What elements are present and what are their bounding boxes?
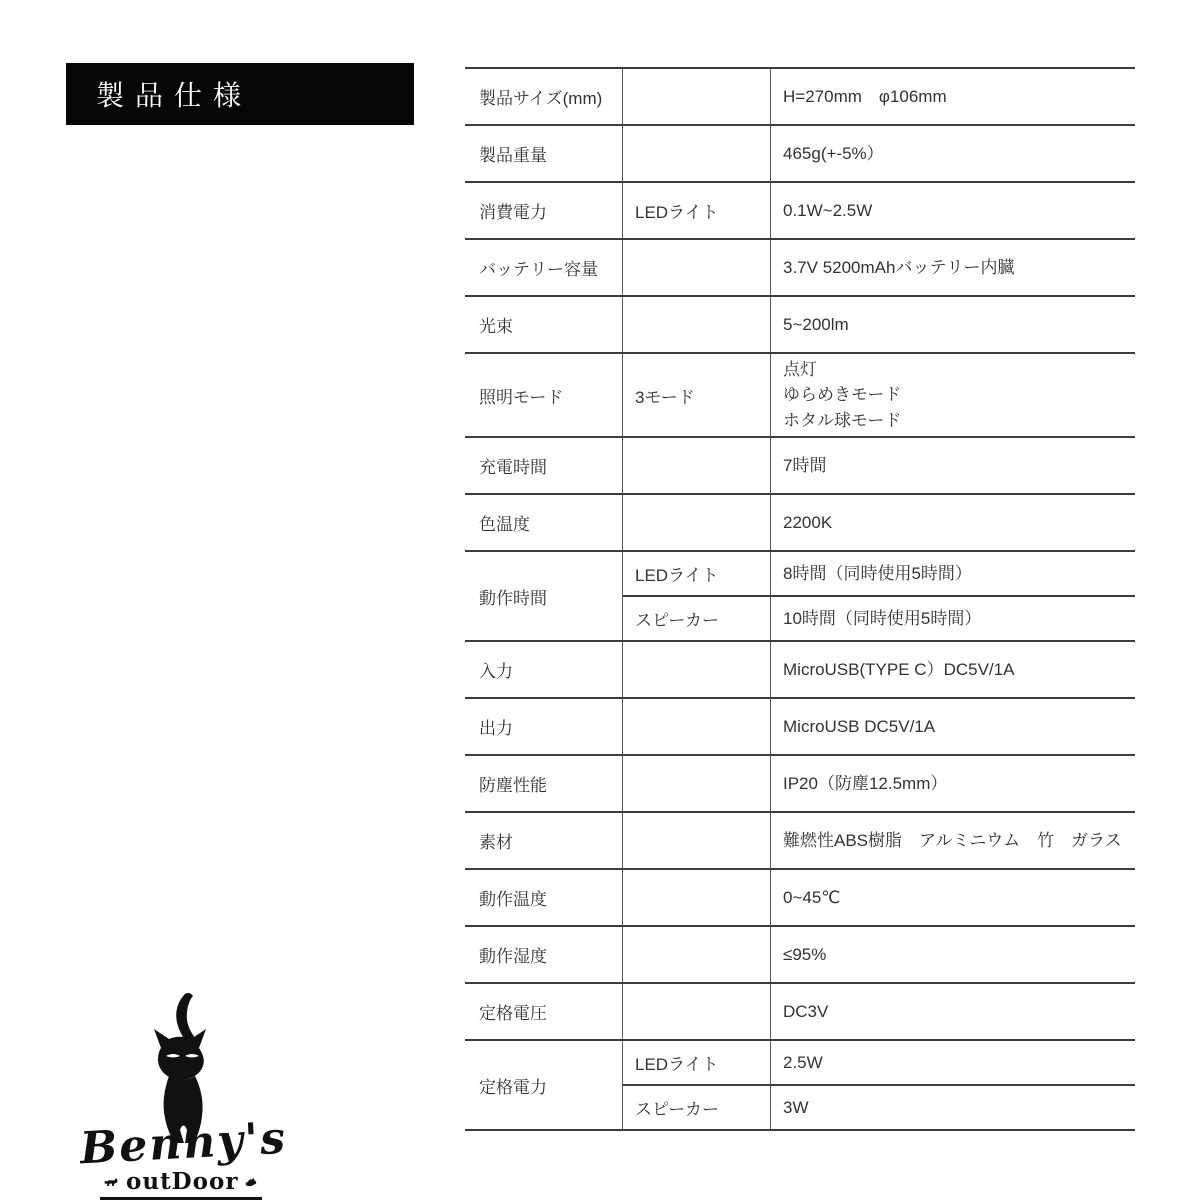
spec-table: 製品サイズ(mm)H=270mm φ106mm製品重量465g(+-5%）消費電… xyxy=(465,67,1135,1131)
spec-value: 5~200lm xyxy=(771,297,1135,352)
spec-sublabel-text: LEDライト xyxy=(635,1050,719,1075)
page-background: 製品仕様 製品サイズ(mm)H=270mm φ106mm製品重量465g(+-5… xyxy=(0,0,1200,1200)
spec-row: 防塵性能IP20（防塵12.5mm） xyxy=(465,754,1135,811)
spec-value: 3W xyxy=(771,1086,1135,1129)
spec-label-text: 消費電力 xyxy=(479,198,547,223)
spec-value: 0.1W~2.5W xyxy=(771,183,1135,238)
spec-sublabel xyxy=(623,495,771,550)
spec-value: 難燃性ABS樹脂 アルミニウム 竹 ガラス xyxy=(771,813,1135,868)
spec-sublabel xyxy=(623,927,771,982)
spec-label: 充電時間 xyxy=(465,438,623,493)
spec-row: 動作時間LEDライト8時間（同時使用5時間）スピーカー10時間（同時使用5時間） xyxy=(465,550,1135,640)
spec-value: IP20（防塵12.5mm） xyxy=(771,756,1135,811)
brand-logo: Benny's outDoor xyxy=(78,992,328,1200)
spec-subrows: LEDライト2.5Wスピーカー3W xyxy=(623,1041,1135,1129)
spec-label: 動作温度 xyxy=(465,870,623,925)
spec-row: 定格電圧DC3V xyxy=(465,982,1135,1039)
spec-row: 入力MicroUSB(TYPE C）DC5V/1A xyxy=(465,640,1135,697)
spec-value: ≤95% xyxy=(771,927,1135,982)
spec-value-text: 2.5W xyxy=(783,1050,823,1076)
spec-label: 防塵性能 xyxy=(465,756,623,811)
spec-label: 入力 xyxy=(465,642,623,697)
spec-sublabel: LEDライト xyxy=(623,1041,771,1084)
spec-subrow: LEDライト8時間（同時使用5時間） xyxy=(623,552,1135,597)
spec-sublabel xyxy=(623,756,771,811)
spec-row: 照明モード3モード点灯 ゆらめきモード ホタル球モード xyxy=(465,352,1135,436)
spec-value-text: IP20（防塵12.5mm） xyxy=(783,771,947,797)
spec-label: 動作時間 xyxy=(465,552,623,640)
spec-label-text: 照明モード xyxy=(479,383,563,408)
small-bird-icon xyxy=(244,1177,258,1187)
spec-sublabel-text: LEDライト xyxy=(635,561,719,586)
spec-label-text: 充電時間 xyxy=(479,453,547,478)
spec-value-text: 0.1W~2.5W xyxy=(783,198,872,224)
section-title-banner: 製品仕様 xyxy=(66,63,414,125)
spec-subrow: LEDライト2.5W xyxy=(623,1041,1135,1086)
spec-label: 動作湿度 xyxy=(465,927,623,982)
spec-label: 光束 xyxy=(465,297,623,352)
spec-value-text: ≤95% xyxy=(783,942,826,968)
spec-value-text: 465g(+-5%） xyxy=(783,141,884,167)
spec-sublabel xyxy=(623,813,771,868)
spec-label: 出力 xyxy=(465,699,623,754)
spec-value: 7時間 xyxy=(771,438,1135,493)
spec-subrow: スピーカー10時間（同時使用5時間） xyxy=(623,597,1135,640)
spec-label-text: バッテリー容量 xyxy=(479,255,598,280)
spec-value-text: 点灯 ゆらめきモード ホタル球モード xyxy=(783,357,901,434)
small-cat-icon xyxy=(104,1177,120,1187)
spec-label-text: 製品重量 xyxy=(479,141,547,166)
spec-value-text: 10時間（同時使用5時間） xyxy=(783,606,981,632)
brand-subname: outDoor xyxy=(126,1168,238,1195)
spec-row: 光束5~200lm xyxy=(465,295,1135,352)
spec-label-text: 動作湿度 xyxy=(479,942,547,967)
spec-sublabel xyxy=(623,984,771,1039)
spec-label: 消費電力 xyxy=(465,183,623,238)
spec-value: 2200K xyxy=(771,495,1135,550)
spec-row: 消費電力LEDライト0.1W~2.5W xyxy=(465,181,1135,238)
spec-sublabel-text: 3モード xyxy=(635,383,695,408)
spec-label-text: 定格電力 xyxy=(479,1073,547,1098)
spec-label: バッテリー容量 xyxy=(465,240,623,295)
spec-row: 色温度2200K xyxy=(465,493,1135,550)
spec-label: 照明モード xyxy=(465,354,623,436)
spec-row: 製品重量465g(+-5%） xyxy=(465,124,1135,181)
spec-sublabel xyxy=(623,642,771,697)
spec-sublabel xyxy=(623,297,771,352)
spec-sublabel xyxy=(623,69,771,124)
spec-sublabel-text: スピーカー xyxy=(635,606,719,631)
spec-label: 製品サイズ(mm) xyxy=(465,69,623,124)
spec-value-text: DC3V xyxy=(783,999,828,1025)
spec-label-text: 定格電圧 xyxy=(479,999,547,1024)
spec-value: DC3V xyxy=(771,984,1135,1039)
spec-subrow: スピーカー3W xyxy=(623,1086,1135,1129)
brand-subname-row: outDoor xyxy=(100,1168,262,1200)
spec-row: 動作温度0~45℃ xyxy=(465,868,1135,925)
section-title: 製品仕様 xyxy=(96,74,252,114)
spec-sublabel xyxy=(623,438,771,493)
spec-label-text: 防塵性能 xyxy=(479,771,547,796)
spec-sublabel xyxy=(623,126,771,181)
spec-value: H=270mm φ106mm xyxy=(771,69,1135,124)
spec-value-text: MicroUSB(TYPE C）DC5V/1A xyxy=(783,657,1014,683)
spec-value-text: 0~45℃ xyxy=(783,885,840,911)
spec-sublabel-text: スピーカー xyxy=(635,1095,719,1120)
spec-sublabel: スピーカー xyxy=(623,597,771,640)
spec-label-text: 色温度 xyxy=(479,510,530,535)
spec-row: 素材難燃性ABS樹脂 アルミニウム 竹 ガラス xyxy=(465,811,1135,868)
spec-row: 動作湿度≤95% xyxy=(465,925,1135,982)
spec-label: 製品重量 xyxy=(465,126,623,181)
spec-row: 出力MicroUSB DC5V/1A xyxy=(465,697,1135,754)
spec-label-text: 入力 xyxy=(479,657,513,682)
spec-value: MicroUSB(TYPE C）DC5V/1A xyxy=(771,642,1135,697)
spec-value: 点灯 ゆらめきモード ホタル球モード xyxy=(771,354,1135,436)
spec-label-text: 出力 xyxy=(479,714,513,739)
spec-sublabel: LEDライト xyxy=(623,183,771,238)
spec-value-text: H=270mm φ106mm xyxy=(783,84,947,110)
spec-label-text: 動作温度 xyxy=(479,885,547,910)
spec-value: 8時間（同時使用5時間） xyxy=(771,552,1135,595)
spec-row: 充電時間7時間 xyxy=(465,436,1135,493)
spec-label-text: 光束 xyxy=(479,312,513,337)
spec-value-text: 5~200lm xyxy=(783,312,849,338)
spec-value-text: 2200K xyxy=(783,510,832,536)
spec-sublabel xyxy=(623,699,771,754)
spec-value-text: 3.7V 5200mAhバッテリー内臓 xyxy=(783,255,1014,281)
spec-value-text: 7時間 xyxy=(783,453,826,479)
spec-sublabel: スピーカー xyxy=(623,1086,771,1129)
spec-value: 465g(+-5%） xyxy=(771,126,1135,181)
spec-label: 色温度 xyxy=(465,495,623,550)
spec-value: 10時間（同時使用5時間） xyxy=(771,597,1135,640)
spec-label-text: 製品サイズ(mm) xyxy=(479,84,602,109)
spec-subrows: LEDライト8時間（同時使用5時間）スピーカー10時間（同時使用5時間） xyxy=(623,552,1135,640)
spec-sublabel xyxy=(623,240,771,295)
spec-label-text: 動作時間 xyxy=(479,584,547,609)
spec-value: MicroUSB DC5V/1A xyxy=(771,699,1135,754)
spec-sublabel: LEDライト xyxy=(623,552,771,595)
brand-name: Benny's xyxy=(79,1113,288,1175)
spec-value-text: 8時間（同時使用5時間） xyxy=(783,561,972,587)
spec-value: 3.7V 5200mAhバッテリー内臓 xyxy=(771,240,1135,295)
spec-sublabel xyxy=(623,870,771,925)
spec-label: 定格電力 xyxy=(465,1041,623,1129)
spec-sublabel: 3モード xyxy=(623,354,771,436)
spec-value-text: MicroUSB DC5V/1A xyxy=(783,714,935,740)
spec-value-text: 3W xyxy=(783,1095,809,1121)
spec-value-text: 難燃性ABS樹脂 アルミニウム 竹 ガラス xyxy=(783,828,1122,854)
spec-value: 0~45℃ xyxy=(771,870,1135,925)
spec-sublabel-text: LEDライト xyxy=(635,198,719,223)
spec-value: 2.5W xyxy=(771,1041,1135,1084)
spec-row: 定格電力LEDライト2.5Wスピーカー3W xyxy=(465,1039,1135,1129)
spec-label: 定格電圧 xyxy=(465,984,623,1039)
spec-row: 製品サイズ(mm)H=270mm φ106mm xyxy=(465,67,1135,124)
spec-label: 素材 xyxy=(465,813,623,868)
spec-label-text: 素材 xyxy=(479,828,513,853)
spec-row: バッテリー容量3.7V 5200mAhバッテリー内臓 xyxy=(465,238,1135,295)
